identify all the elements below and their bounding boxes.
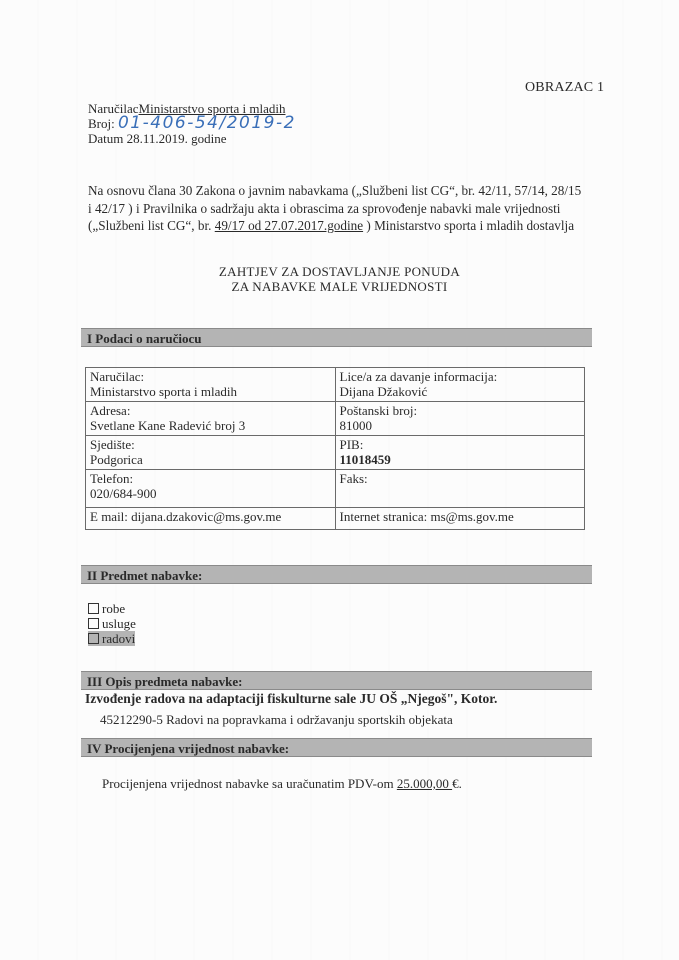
table-row: Sjedište:Podgorica PIB:11018459: [86, 436, 585, 470]
option-usluge[interactable]: usluge: [88, 616, 136, 631]
intro-line-3-suffix: ) Ministarstvo sporta i mladih dostavlja: [363, 218, 574, 233]
header-datum: Datum 28.11.2019. godine: [88, 131, 227, 146]
checkbox-icon[interactable]: [88, 618, 99, 629]
cell-value: Podgorica: [90, 452, 331, 467]
cell-label: Faks:: [340, 471, 581, 486]
header-broj: Broj: 01-406-54/2019-2: [88, 116, 296, 131]
cell-label: Naručilac:: [90, 369, 331, 384]
checkbox-icon[interactable]: [88, 603, 99, 614]
table-row: Naručilac:Ministarstvo sporta i mladih L…: [86, 368, 585, 402]
intro-line-3-underlined: 49/17 od 27.07.2017.godine: [215, 218, 363, 233]
document-title-line-1: ZAHTJEV ZA DOSTAVLJANJE PONUDA: [0, 264, 679, 279]
estimated-value-label: Procijenjena vrijednost nabavke sa uraču…: [102, 776, 397, 791]
section-4-heading: IV Procijenjena vrijednost nabavke:: [81, 738, 592, 757]
email-cell: E mail: dijana.dzakovic@ms.gov.me: [90, 509, 331, 524]
cell-label: PIB:: [340, 437, 581, 452]
cell-value: 81000: [340, 418, 581, 433]
intro-paragraph: Na osnovu člana 30 Zakona o javnim nabav…: [88, 182, 596, 235]
section-1-heading: I Podaci o naručiocu: [81, 328, 592, 347]
document-title-line-2: ZA NABAVKE MALE VRIJEDNOSTI: [0, 279, 679, 294]
cell-value: Ministarstvo sporta i mladih: [90, 384, 331, 399]
option-radovi-selected[interactable]: radovi: [88, 631, 135, 646]
contracting-authority-table: Naručilac:Ministarstvo sporta i mladih L…: [85, 367, 585, 530]
cell-value: 020/684-900: [90, 486, 331, 501]
table-cell: Naručilac:Ministarstvo sporta i mladih: [86, 368, 336, 402]
procurement-description-title: Izvođenje radova na adaptaciji fiskultur…: [85, 691, 497, 707]
estimated-value-line: Procijenjena vrijednost nabavke sa uraču…: [102, 776, 462, 792]
procurement-cpv-code: 45212290-5 Radovi na popravkama i održav…: [100, 712, 453, 728]
cell-label: Telefon:: [90, 471, 331, 486]
table-cell: Faks:: [335, 470, 585, 508]
section-2-heading: II Predmet nabavke:: [81, 565, 592, 584]
cell-value: Dijana Džaković: [340, 384, 581, 399]
cell-label: Poštanski broj:: [340, 403, 581, 418]
table-row: Adresa:Svetlane Kane Radević broj 3 Pošt…: [86, 402, 585, 436]
option-robe[interactable]: robe: [88, 601, 125, 616]
broj-label: Broj:: [88, 116, 115, 131]
section-3-heading: III Opis predmeta nabavke:: [81, 671, 592, 690]
form-id: OBRAZAC 1: [525, 80, 604, 96]
website-cell: Internet stranica: ms@ms.gov.me: [340, 509, 581, 524]
table-cell: Adresa:Svetlane Kane Radević broj 3: [86, 402, 336, 436]
cell-label: Lice/a za davanje informacija:: [340, 369, 581, 384]
estimated-value-amount: 25.000,00: [397, 776, 452, 791]
intro-line-3: („Službeni list CG“, br. 49/17 od 27.07.…: [88, 217, 596, 235]
intro-line-3-prefix: („Službeni list CG“, br.: [88, 218, 215, 233]
checkbox-icon[interactable]: [88, 633, 99, 644]
table-row: E mail: dijana.dzakovic@ms.gov.me Intern…: [86, 508, 585, 530]
pib-value: 11018459: [340, 452, 581, 467]
option-label: radovi: [102, 631, 135, 646]
table-cell: E mail: dijana.dzakovic@ms.gov.me: [86, 508, 336, 530]
intro-line-1: Na osnovu člana 30 Zakona o javnim nabav…: [88, 182, 596, 200]
option-label: usluge: [102, 616, 136, 631]
table-cell: Internet stranica: ms@ms.gov.me: [335, 508, 585, 530]
table-row: Telefon:020/684-900 Faks:: [86, 470, 585, 508]
intro-line-2: i 42/17 ) i Pravilnika o sadržaju akta i…: [88, 200, 596, 218]
table-cell: Lice/a za davanje informacija:Dijana Dža…: [335, 368, 585, 402]
option-label: robe: [102, 601, 125, 616]
currency-symbol: €.: [452, 776, 462, 791]
table-cell: Sjedište:Podgorica: [86, 436, 336, 470]
table-cell: Poštanski broj:81000: [335, 402, 585, 436]
broj-handwritten-value: 01-406-54/2019-2: [118, 113, 296, 133]
table-cell: Telefon:020/684-900: [86, 470, 336, 508]
cell-label: Sjedište:: [90, 437, 331, 452]
cell-value: Svetlane Kane Radević broj 3: [90, 418, 331, 433]
table-cell: PIB:11018459: [335, 436, 585, 470]
cell-label: Adresa:: [90, 403, 331, 418]
